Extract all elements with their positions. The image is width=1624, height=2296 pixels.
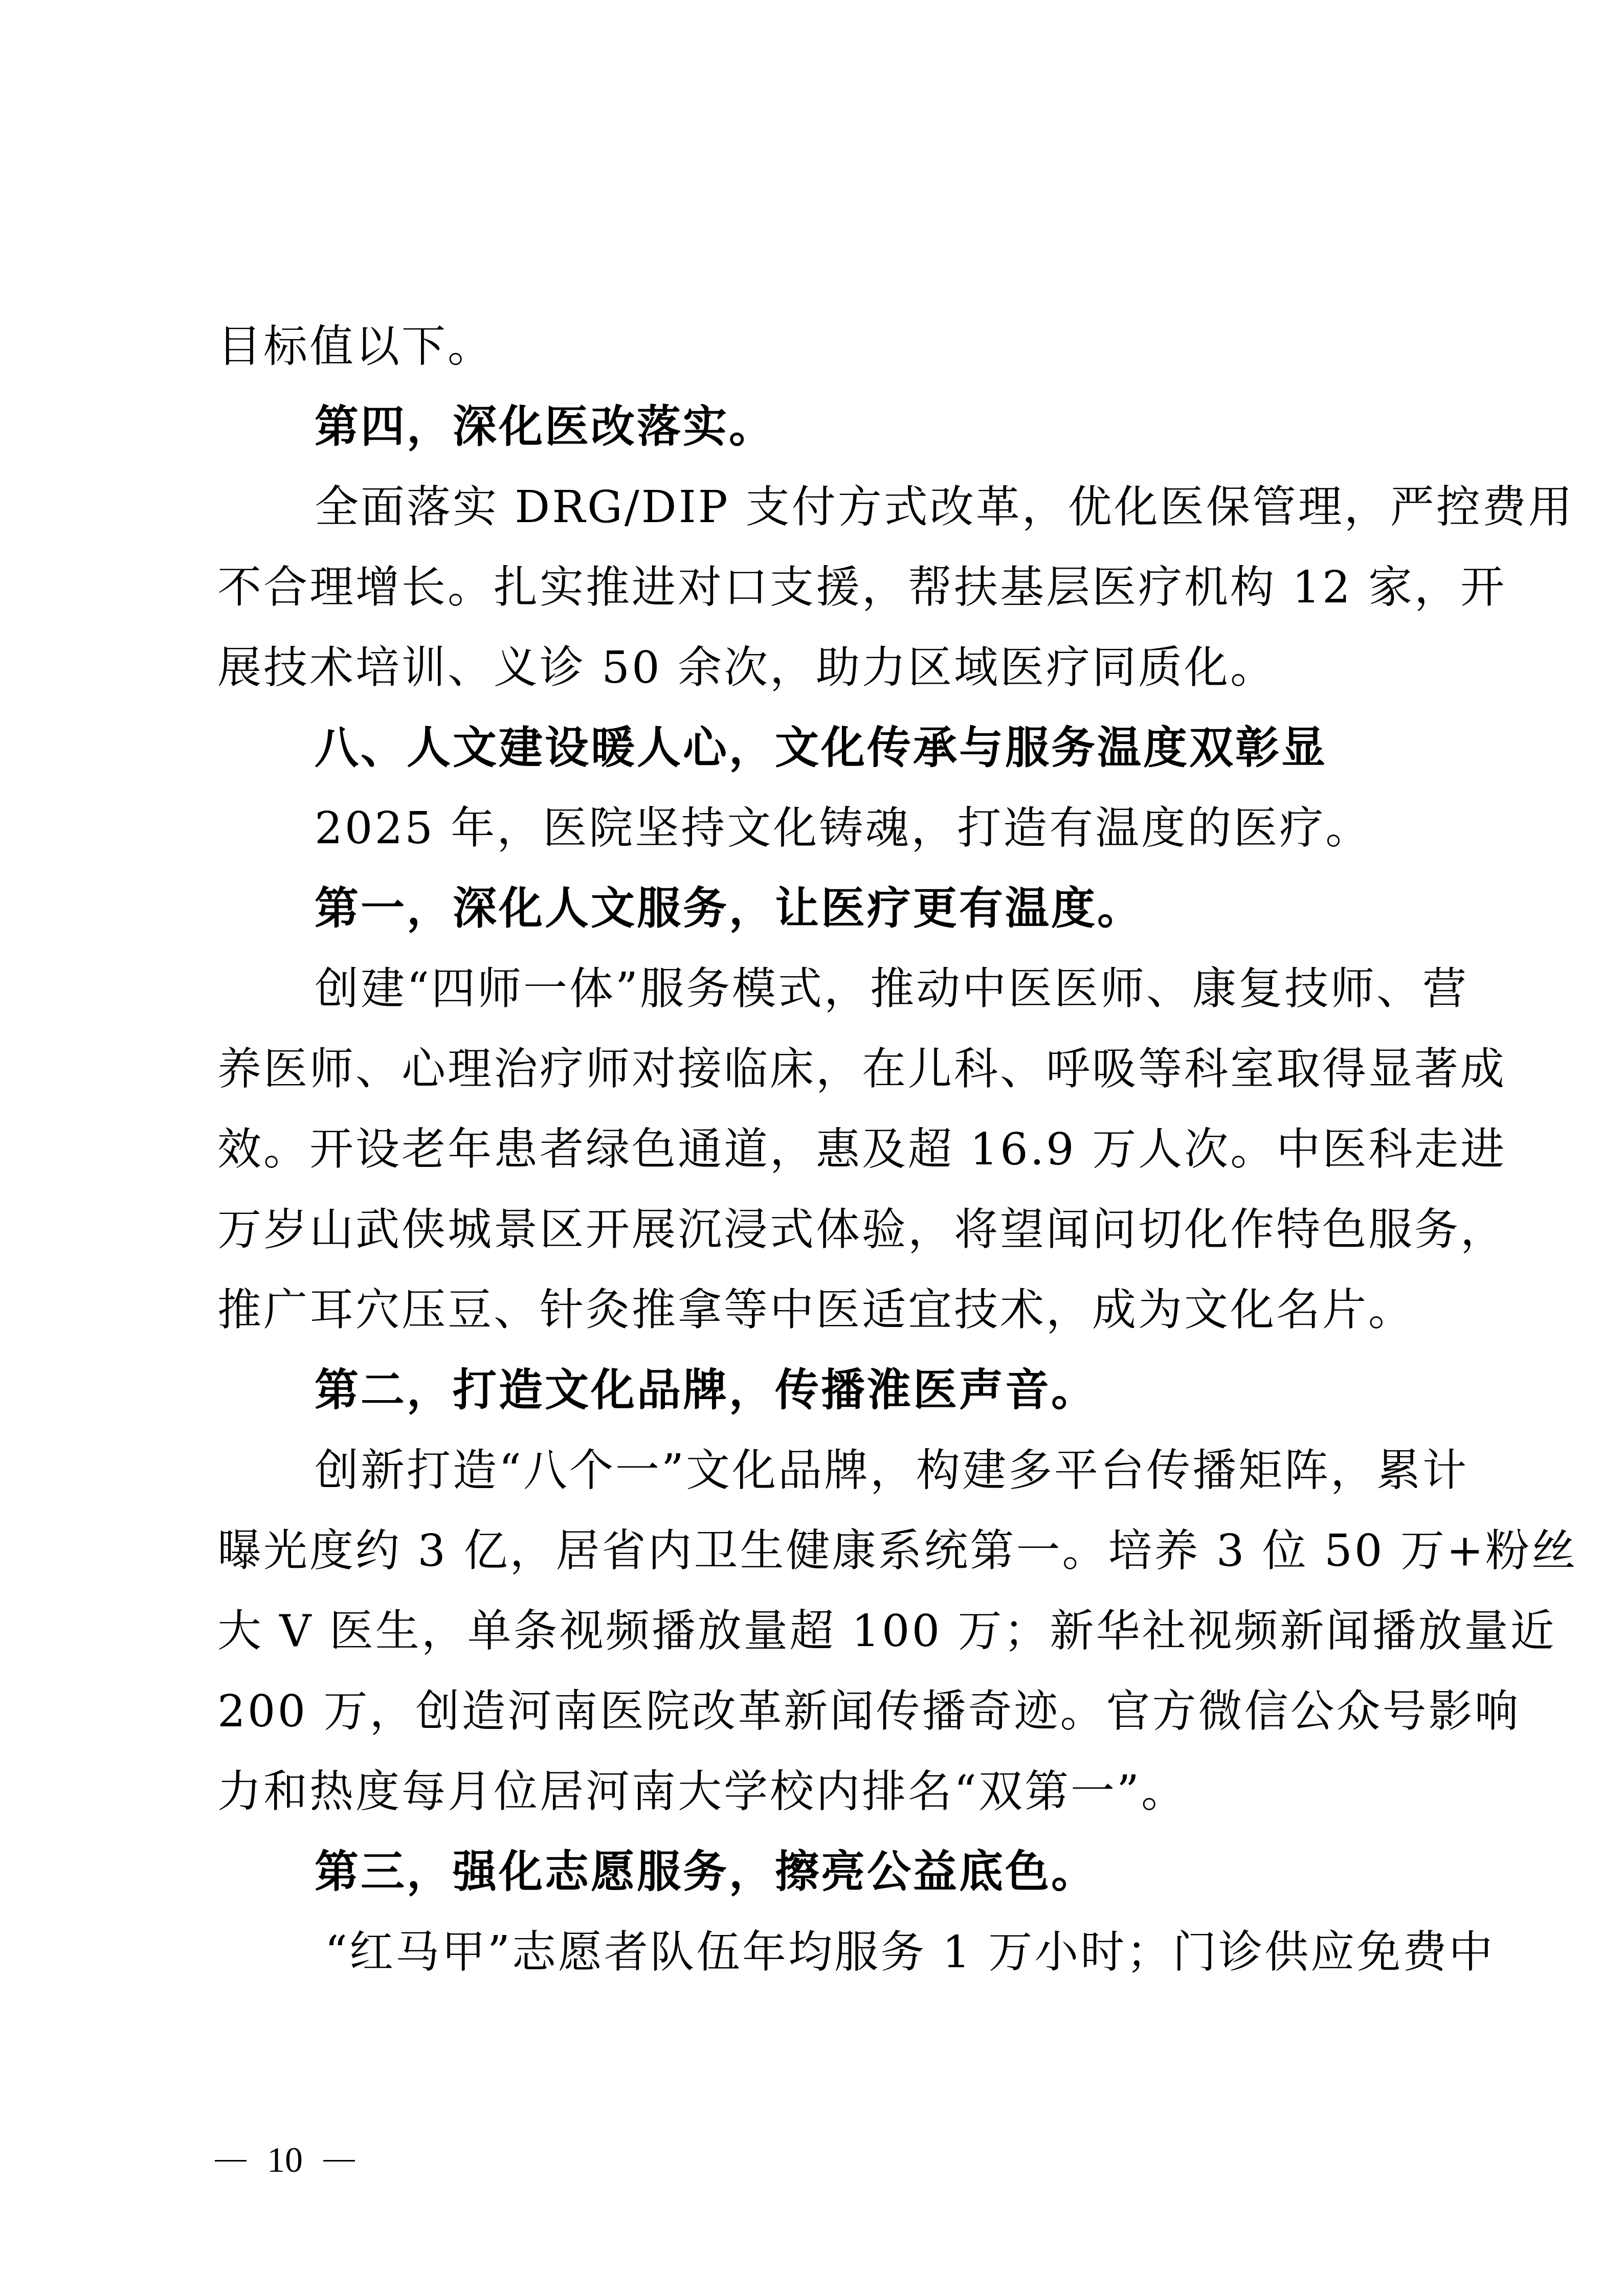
paragraph-line: 万岁山武侠城景区开展沉浸式体验，将望闻问切化作特色服务， (217, 1190, 1430, 1270)
paragraph-line: “红马甲”志愿者队伍年均服务 1 万小时；门诊供应免费中 (217, 1912, 1430, 1993)
paragraph-line: 曝光度约 3 亿，居省内卫生健康系统第一。培养 3 位 50 万+粉丝 (217, 1511, 1430, 1591)
subheading-deepen-reform: 第四，深化医改落实。 (217, 387, 1430, 467)
document-page: 目标值以下。 第四，深化医改落实。 全面落实 DRG/DIP 支付方式改革，优化… (217, 307, 1430, 1993)
paragraph-line: 大 V 医生，单条视频播放量超 100 万；新华社视频新闻播放量近 (217, 1591, 1430, 1672)
subheading-humanistic-service: 第一，深化人文服务，让医疗更有温度。 (217, 869, 1430, 949)
paragraph-line: 目标值以下。 (217, 307, 1430, 387)
paragraph-line: 效。开设老年患者绿色通道，惠及超 16.9 万人次。中医科走进 (217, 1110, 1430, 1190)
paragraph-line: 养医师、心理治疗师对接临床，在儿科、呼吸等科室取得显著成 (217, 1029, 1430, 1110)
paragraph-line: 展技术培训、义诊 50 余次，助力区域医疗同质化。 (217, 628, 1430, 708)
page-number: 10 (267, 2140, 303, 2181)
paragraph-line: 200 万，创造河南医院改革新闻传播奇迹。官方微信公众号影响 (217, 1672, 1430, 1752)
dash-right-decoration (323, 2160, 355, 2162)
subheading-cultural-brand: 第二，打造文化品牌，传播淮医声音。 (217, 1350, 1430, 1431)
dash-left-decoration (215, 2160, 247, 2162)
section-heading-humanities: 八、人文建设暖人心，文化传承与服务温度双彰显 (217, 708, 1430, 789)
paragraph-line: 2025 年，医院坚持文化铸魂，打造有温度的医疗。 (217, 789, 1430, 869)
page-footer: 10 (215, 2140, 355, 2181)
paragraph-line: 不合理增长。扎实推进对口支援，帮扶基层医疗机构 12 家，开 (217, 548, 1430, 628)
subheading-volunteer-service: 第三，强化志愿服务，擦亮公益底色。 (217, 1832, 1430, 1912)
paragraph-line: 全面落实 DRG/DIP 支付方式改革，优化医保管理，严控费用 (217, 467, 1430, 548)
paragraph-line: 推广耳穴压豆、针灸推拿等中医适宜技术，成为文化名片。 (217, 1270, 1430, 1350)
paragraph-line: 创建“四师一体”服务模式，推动中医医师、康复技师、营 (217, 949, 1430, 1029)
paragraph-line: 创新打造“八个一”文化品牌，构建多平台传播矩阵，累计 (217, 1431, 1430, 1511)
paragraph-line: 力和热度每月位居河南大学校内排名“双第一”。 (217, 1752, 1430, 1832)
